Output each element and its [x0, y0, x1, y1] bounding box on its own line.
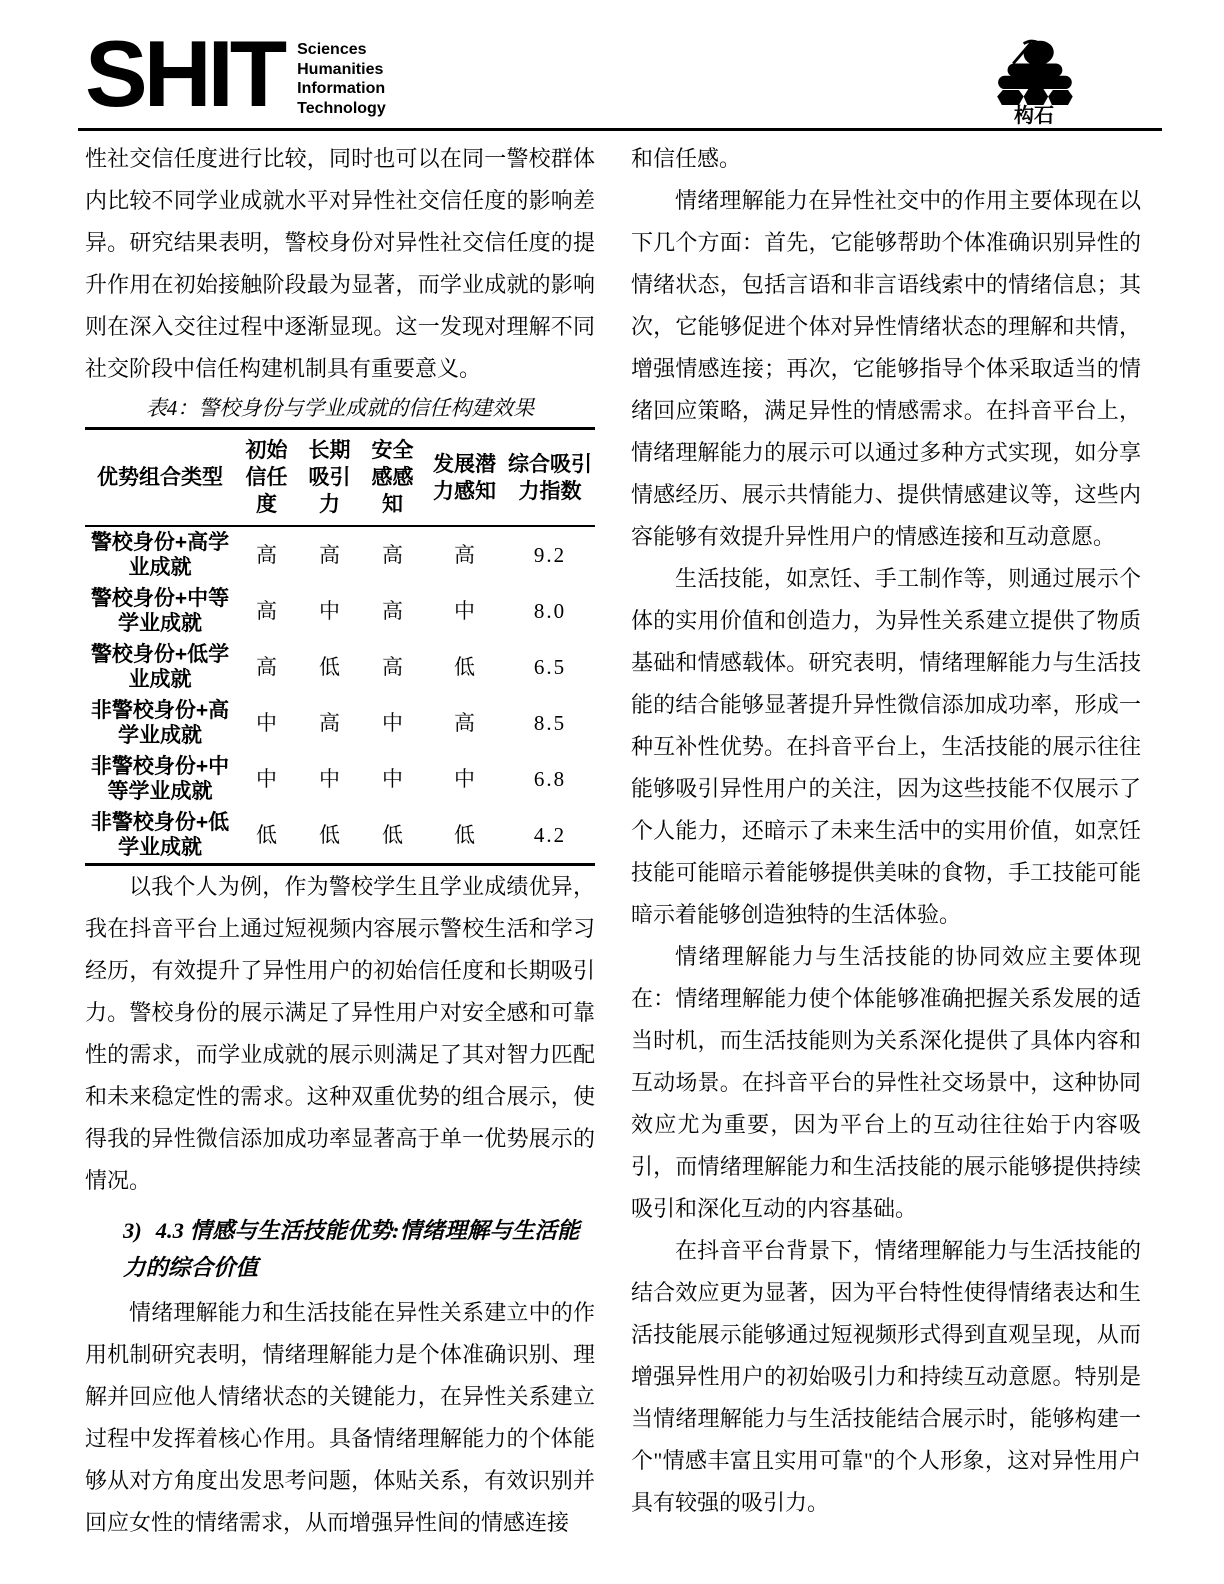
cell: 8.5	[505, 695, 595, 751]
row-label: 警校身份+中等学业成就	[85, 583, 235, 639]
page-header: SHIT Sciences Humanities Information Tec…	[85, 30, 1164, 128]
document-page: SHIT Sciences Humanities Information Tec…	[0, 0, 1224, 1584]
table-row: 非警校身份+中等学业成就 中 中 中 中 6.8	[85, 751, 595, 807]
cell: 高	[235, 526, 298, 583]
paragraph: 在抖音平台背景下，情绪理解能力与生活技能的结合效应更为显著，因为平台特性使得情绪…	[631, 1230, 1141, 1524]
header-divider	[78, 128, 1162, 131]
cell: 中	[298, 751, 361, 807]
cell: 低	[424, 807, 505, 865]
paragraph: 性社交信任度进行比较，同时也可以在同一警校群体内比较不同学业成就水平对异性社交信…	[85, 138, 595, 390]
cell: 中	[424, 751, 505, 807]
cell: 中	[235, 695, 298, 751]
journal-subtitle-line: Sciences	[297, 40, 386, 60]
table-row: 警校身份+高学业成就 高 高 高 高 9.2	[85, 526, 595, 583]
cell: 中	[361, 695, 424, 751]
journal-subtitle-line: Humanities	[297, 60, 386, 80]
row-label: 警校身份+低学业成就	[85, 639, 235, 695]
row-label: 非警校身份+高学业成就	[85, 695, 235, 751]
cell: 低	[298, 807, 361, 865]
table-row: 警校身份+中等学业成就 高 中 高 中 8.0	[85, 583, 595, 639]
column-header: 综合吸引力指数	[505, 429, 595, 527]
left-column: 性社交信任度进行比较，同时也可以在同一警校群体内比较不同学业成就水平对异性社交信…	[85, 138, 595, 1544]
cell: 高	[361, 639, 424, 695]
cell: 高	[298, 695, 361, 751]
journal-logo-text: SHIT	[85, 34, 283, 114]
paragraph: 和信任感。	[631, 138, 1141, 180]
section-heading: 3)4.3 情感与生活技能优势:情绪理解与生活能力的综合价值	[123, 1212, 595, 1286]
cell: 6.5	[505, 639, 595, 695]
cell: 9.2	[505, 526, 595, 583]
cell: 8.0	[505, 583, 595, 639]
row-label: 非警校身份+低学业成就	[85, 807, 235, 865]
trust-effect-table: 优势组合类型 初始信任度 长期吸引力 安全感感知 发展潜力感知 综合吸引力指数 …	[85, 427, 595, 866]
rock-pile-icon	[982, 38, 1086, 106]
cell: 4.2	[505, 807, 595, 865]
table-header-row: 优势组合类型 初始信任度 长期吸引力 安全感感知 发展潜力感知 综合吸引力指数	[85, 429, 595, 527]
section-heading-marker: 3)	[123, 1218, 142, 1243]
paragraph: 情绪理解能力在异性社交中的作用主要体现在以下几个方面：首先，它能够帮助个体准确识…	[631, 180, 1141, 558]
row-label: 非警校身份+中等学业成就	[85, 751, 235, 807]
journal-subtitle-line: Information	[297, 79, 386, 99]
cell: 高	[361, 526, 424, 583]
cell: 高	[361, 583, 424, 639]
cell: 高	[298, 526, 361, 583]
column-header: 优势组合类型	[85, 429, 235, 527]
section-heading-text: 4.3 情感与生活技能优势:情绪理解与生活能力的综合价值	[123, 1218, 580, 1280]
cell: 中	[361, 751, 424, 807]
column-header: 长期吸引力	[298, 429, 361, 527]
cell: 中	[424, 583, 505, 639]
table-row: 非警校身份+高学业成就 中 高 中 高 8.5	[85, 695, 595, 751]
journal-logo: SHIT Sciences Humanities Information Tec…	[85, 34, 386, 118]
publisher-name: 构石	[979, 106, 1089, 126]
cell: 低	[424, 639, 505, 695]
column-header: 发展潜力感知	[424, 429, 505, 527]
column-header: 安全感感知	[361, 429, 424, 527]
cell: 低	[361, 807, 424, 865]
journal-subtitle-line: Technology	[297, 99, 386, 119]
table-caption: 表4：警校身份与学业成就的信任构建效果	[85, 393, 595, 423]
table-row: 非警校身份+低学业成就 低 低 低 低 4.2	[85, 807, 595, 865]
article-body: 性社交信任度进行比较，同时也可以在同一警校群体内比较不同学业成就水平对异性社交信…	[85, 138, 1141, 1544]
cell: 高	[235, 583, 298, 639]
paragraph: 情绪理解能力与生活技能的协同效应主要体现在：情绪理解能力使个体能够准确把握关系发…	[631, 936, 1141, 1230]
row-label: 警校身份+高学业成就	[85, 526, 235, 583]
cell: 中	[235, 751, 298, 807]
cell: 高	[235, 639, 298, 695]
journal-logo-subtitle: Sciences Humanities Information Technolo…	[297, 40, 386, 118]
paragraph: 生活技能，如烹饪、手工制作等，则通过展示个体的实用价值和创造力，为异性关系建立提…	[631, 558, 1141, 936]
cell: 6.8	[505, 751, 595, 807]
publisher-logo: 构石	[979, 38, 1089, 126]
cell: 中	[298, 583, 361, 639]
cell: 低	[298, 639, 361, 695]
cell: 高	[424, 695, 505, 751]
cell: 高	[424, 526, 505, 583]
paragraph: 情绪理解能力和生活技能在异性关系建立中的作用机制研究表明，情绪理解能力是个体准确…	[85, 1292, 595, 1544]
cell: 低	[235, 807, 298, 865]
column-header: 初始信任度	[235, 429, 298, 527]
right-column: 和信任感。 情绪理解能力在异性社交中的作用主要体现在以下几个方面：首先，它能够帮…	[631, 138, 1141, 1544]
table-row: 警校身份+低学业成就 高 低 高 低 6.5	[85, 639, 595, 695]
paragraph: 以我个人为例，作为警校学生且学业成绩优异，我在抖音平台上通过短视频内容展示警校生…	[85, 866, 595, 1202]
